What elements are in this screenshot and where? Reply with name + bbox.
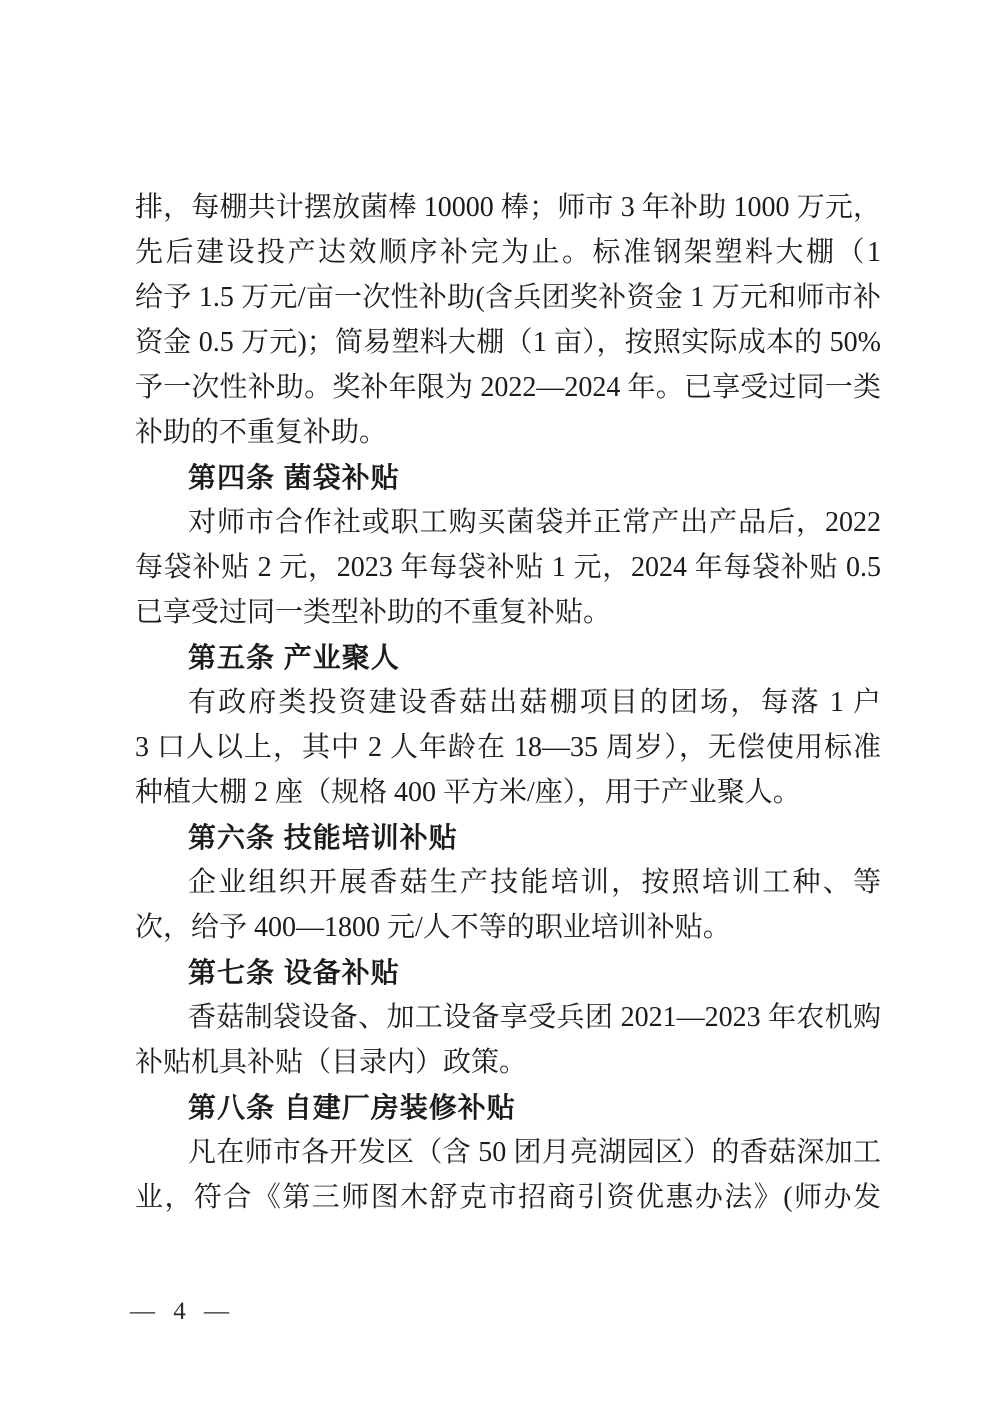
text-line: 已享受过同一类型补助的不重复补贴。 bbox=[135, 590, 881, 635]
text-line: 香菇制袋设备、加工设备享受兵团 2021—2023 年农机购置 bbox=[135, 995, 881, 1040]
text-line: 补贴机具补贴（目录内）政策。 bbox=[135, 1040, 881, 1085]
text-line: 每袋补贴 2 元，2023 年每袋补贴 1 元，2024 年每袋补贴 0.5 元… bbox=[135, 545, 881, 590]
text-line: 补助的不重复补助。 bbox=[135, 410, 881, 455]
section-heading: 第五条 产业聚人 bbox=[135, 635, 881, 680]
document-body: 排，每棚共计摆放菌棒 10000 棒；师市 3 年补助 1000 万元，按先后建… bbox=[135, 185, 881, 1220]
section-heading: 第四条 菌袋补贴 bbox=[135, 455, 881, 500]
text-line: 予一次性补助。奖补年限为 2022—2024 年。已享受过同一类型 bbox=[135, 365, 881, 410]
text-line: 对师市合作社或职工购买菌袋并正常产出产品后，2022 年 bbox=[135, 500, 881, 545]
text-line: 次，给予 400—1800 元/人不等的职业培训补贴。 bbox=[135, 905, 881, 950]
document-page: 排，每棚共计摆放菌棒 10000 棒；师市 3 年补助 1000 万元，按先后建… bbox=[0, 0, 1000, 1414]
text-line: 排，每棚共计摆放菌棒 10000 棒；师市 3 年补助 1000 万元，按 bbox=[135, 185, 881, 230]
text-line: 业，符合《第三师图木舒克市招商引资优惠办法》(师办发〔2021〕 bbox=[135, 1175, 881, 1220]
text-line: 有政府类投资建设香菇出菇棚项目的团场，每落 1 户（落户 bbox=[135, 680, 881, 725]
text-line: 给予 1.5 万元/亩一次性补助(含兵团奖补资金 1 万元和师市补助 bbox=[135, 275, 881, 320]
text-line: 3 口人以上，其中 2 人年龄在 18—35 周岁），无偿使用标准香菇 bbox=[135, 725, 881, 770]
page-number: — 4 — bbox=[130, 1298, 235, 1326]
section-heading: 第七条 设备补贴 bbox=[135, 950, 881, 995]
text-line: 凡在师市各开发区（含 50 团月亮湖园区）的香菇深加工企 bbox=[135, 1130, 881, 1175]
text-line: 企业组织开展香菇生产技能培训，按照培训工种、等级、层 bbox=[135, 860, 881, 905]
section-heading: 第八条 自建厂房装修补贴 bbox=[135, 1085, 881, 1130]
text-line: 种植大棚 2 座（规格 400 平方米/座），用于产业聚人。 bbox=[135, 770, 881, 815]
section-heading: 第六条 技能培训补贴 bbox=[135, 815, 881, 860]
text-line: 先后建设投产达效顺序补完为止。标准钢架塑料大棚（1 亩）， bbox=[135, 230, 881, 275]
text-line: 资金 0.5 万元)；简易塑料大棚（1 亩），按照实际成本的 50%给 bbox=[135, 320, 881, 365]
